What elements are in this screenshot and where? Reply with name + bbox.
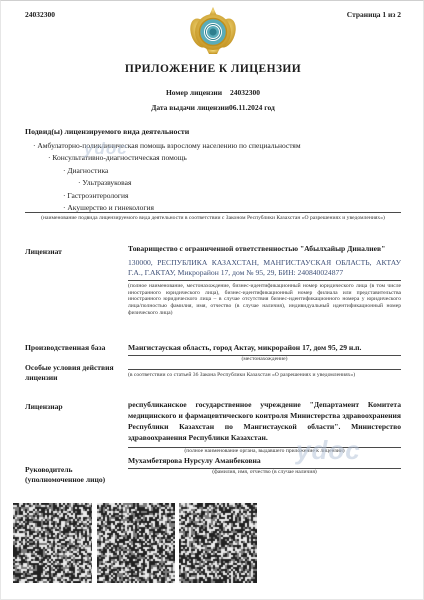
licensor-caption: (полное наименование органа, выдавшего п… <box>128 448 401 455</box>
subtype-item: · Амбулаторно-поликлиническая помощь взр… <box>25 140 401 152</box>
licensee-block: Товарищество с ограниченной ответственно… <box>128 244 401 317</box>
subtype-item: · Ультразвуковая <box>25 177 401 189</box>
license-number-value: 24032300 <box>230 88 260 97</box>
subtypes-heading: Подвид(ы) лицензируемого вида деятельнос… <box>25 127 189 136</box>
licensor-block: республиканское государственное учрежден… <box>128 400 401 454</box>
licensee-address: 130000, РЕСПУБЛИКА КАЗАХСТАН, МАНГИСТАУС… <box>128 258 401 277</box>
license-number-line: Номер лицензии24032300 <box>1 88 424 97</box>
subtype-item: · Диагностика <box>25 165 401 177</box>
head-official-caption: (фамилия, имя, отчество (в случае наличи… <box>128 469 401 476</box>
divider <box>128 369 401 370</box>
special-conditions-label: Особые условия действия лицензии <box>25 363 120 383</box>
divider <box>128 280 401 281</box>
licensor-value: республиканское государственное учрежден… <box>128 400 401 444</box>
production-base-block: Мангистауская область, город Актау, микр… <box>128 343 401 362</box>
license-attachment-page: 24032300 Страница 1 из 2 ПРИЛОЖЕНИЕ К ЛИ… <box>0 0 424 600</box>
page-indicator: Страница 1 из 2 <box>347 10 401 19</box>
qr-code-row <box>13 503 257 583</box>
subtype-item: · Консультативно-диагностическая помощь <box>25 152 401 164</box>
production-base-label: Производственная база <box>25 343 135 352</box>
licensee-name: Товарищество с ограниченной ответственно… <box>128 244 401 254</box>
licensee-caption: (полное наименование, местонахождение, б… <box>128 283 401 317</box>
qr-code-3 <box>179 503 257 583</box>
qr-code-2 <box>97 503 175 583</box>
issue-date-line: Дата выдачи лицензии06.11.2024 год <box>1 103 424 112</box>
licensee-label: Лицензиат <box>25 247 125 256</box>
head-official-block: Мухамбетярова Нурсулу Аманбековна (фамил… <box>128 456 401 475</box>
document-number-header: 24032300 <box>25 10 55 19</box>
license-number-label: Номер лицензии <box>166 88 222 97</box>
divider <box>25 212 401 213</box>
issue-date-value: 06.11.2024 год <box>229 103 275 112</box>
subtype-list: · Амбулаторно-поликлиническая помощь взр… <box>25 140 401 214</box>
issue-date-label: Дата выдачи лицензии <box>151 103 229 112</box>
page-title: ПРИЛОЖЕНИЕ К ЛИЦЕНЗИИ <box>1 63 424 75</box>
subtype-item: · Гастроэнтерология <box>25 190 401 202</box>
subtypes-caption: (наименование подвида лицензируемого вид… <box>25 215 401 222</box>
qr-code-1 <box>13 503 92 583</box>
head-official-label: Руководитель (уполномоченное лицо) <box>25 465 120 485</box>
head-official-name: Мухамбетярова Нурсулу Аманбековна <box>128 456 401 466</box>
production-base-value: Мангистауская область, город Актау, микр… <box>128 343 401 353</box>
licensor-label: Лицензиар <box>25 402 125 411</box>
kazakhstan-emblem-icon <box>190 6 236 54</box>
production-base-caption: (местонахождение) <box>128 356 401 363</box>
special-conditions-block: (в соответствии со статьей 36 Закона Рес… <box>128 369 401 378</box>
special-conditions-caption: (в соответствии со статьей 36 Закона Рес… <box>128 372 401 379</box>
